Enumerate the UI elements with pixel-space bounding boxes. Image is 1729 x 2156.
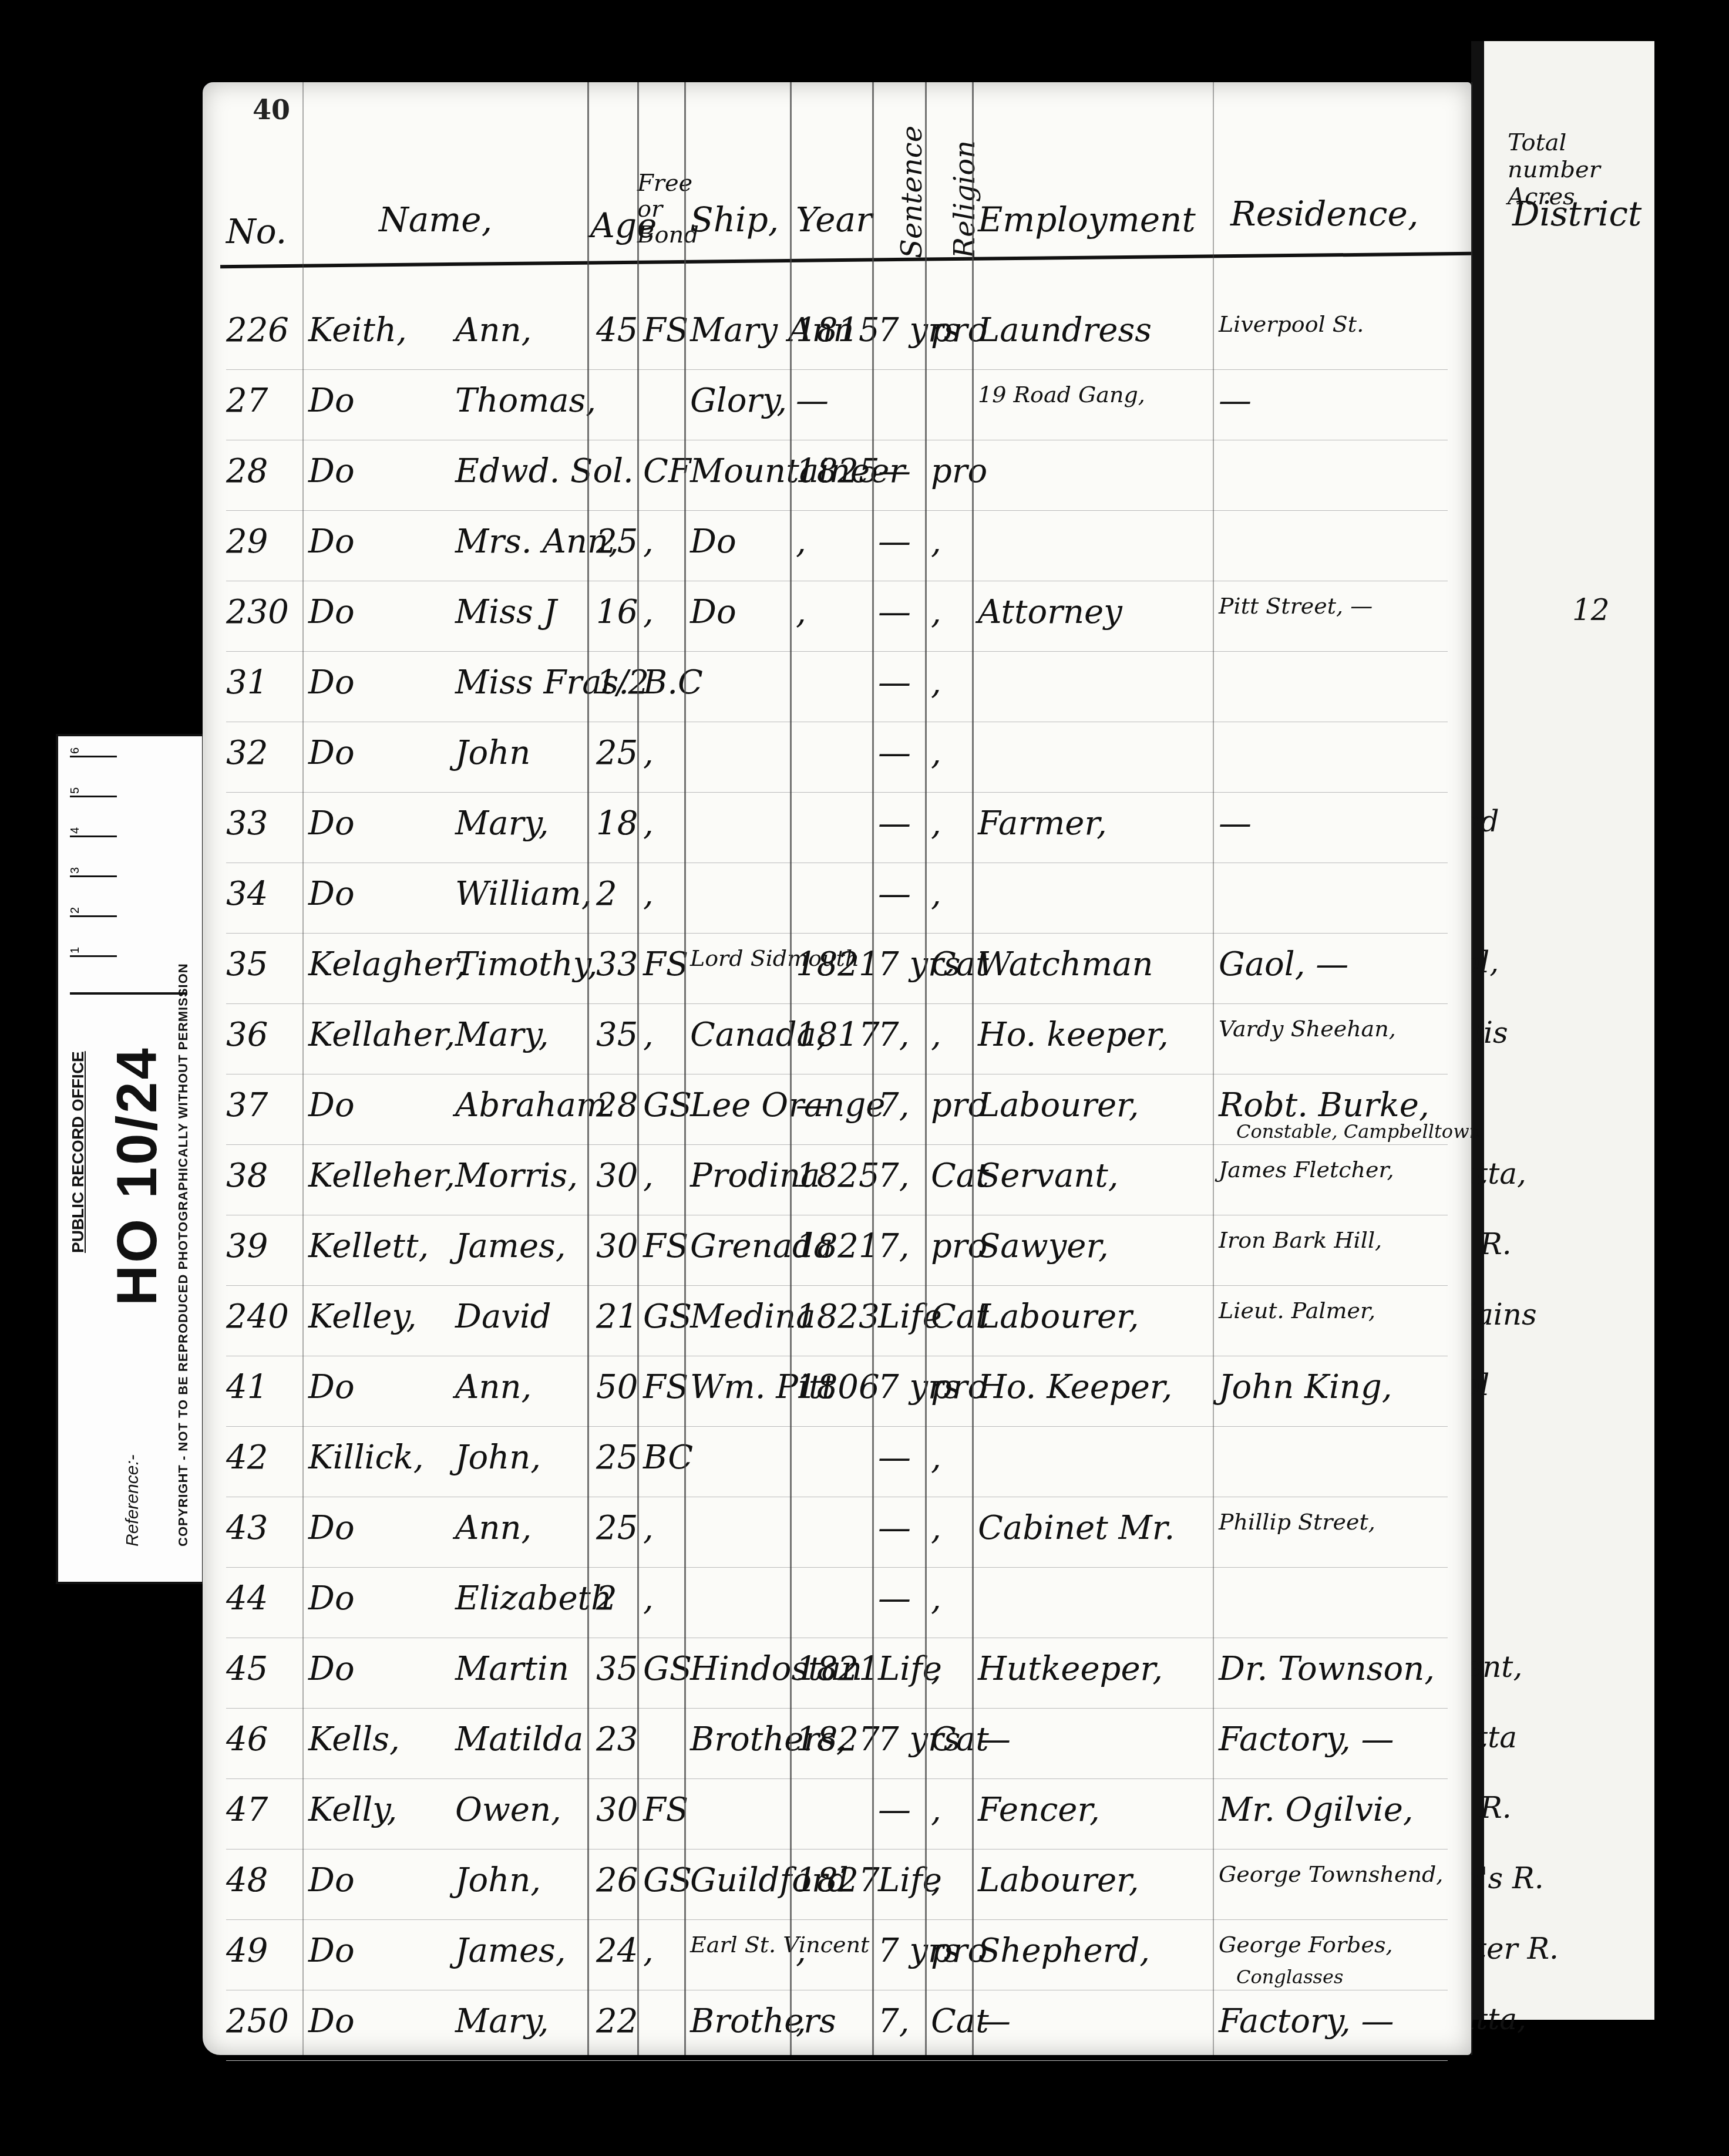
column-header-district: District (1512, 194, 1641, 234)
cell-year: 1821 (796, 1650, 880, 1688)
cell-no: 36 (226, 1016, 268, 1054)
header-rule (220, 252, 1471, 268)
cell-status: , (643, 1579, 654, 1618)
cell-sentence: — (878, 1439, 911, 1477)
cell-employment: Farmer, (978, 804, 1107, 843)
cell-employment: Watchman (978, 945, 1153, 983)
ruler-tick (70, 796, 117, 797)
cell-no: 45 (226, 1650, 268, 1688)
cell-residence: — (1219, 382, 1252, 420)
cell-sentence: — (878, 875, 911, 913)
cell-religion: , (931, 1791, 941, 1829)
cell-status: , (643, 734, 654, 772)
cell-age: 1/2 (596, 663, 649, 702)
cell-employment: Labourer, (978, 1861, 1139, 1899)
cell-age: 35 (596, 1016, 638, 1054)
cell-residence: George Forbes, (1219, 1932, 1393, 1958)
cell-religion: , (931, 1439, 941, 1477)
cell-age: 16 (596, 593, 638, 631)
register-page: 40 No. Name, Age Free or Bond Ship, Year… (203, 82, 1471, 2055)
cell-age: 26 (596, 1861, 638, 1899)
cell-sentence: — (878, 734, 911, 772)
table-row: 42Killick,John,25BC—, (203, 1427, 1471, 1497)
cell-no: 47 (226, 1791, 268, 1829)
table-row: 45DoMartin35GSHindostan1821Life,Hutkeepe… (203, 1638, 1471, 1709)
cell-surname: Killick, (308, 1439, 424, 1477)
column-rule (587, 82, 589, 2055)
table-row: 240Kelley,David21GSMedina1823LifeCatLabo… (203, 1286, 1471, 1356)
cell-year: , (796, 593, 806, 631)
cell-religion: , (931, 1509, 941, 1547)
table-row: 38Kelleher,Morris,30,Prodina18257,CatSer… (203, 1145, 1471, 1215)
cell-residence: Lieut. Palmer, (1219, 1298, 1375, 1323)
cell-age: 23 (596, 1720, 638, 1759)
cell-sentence: — (878, 1509, 911, 1547)
archive-reference-card: PUBLIC RECORD OFFICE Reference:- HO 10/2… (56, 734, 204, 1584)
cell-no: 35 (226, 945, 268, 983)
cell-given: Mary, (455, 804, 549, 843)
cell-residence: Vardy Sheehan, (1219, 1016, 1396, 1042)
cell-residence: Dr. Townson, (1219, 1650, 1435, 1688)
cell-age: 2 (596, 875, 617, 913)
cell-no: 37 (226, 1086, 268, 1124)
cell-sentence: 7, (878, 1227, 909, 1265)
table-row: 49DoJames,24,Earl St. Vincent,7 yrsproSh… (203, 1920, 1471, 1990)
cell-age: 33 (596, 945, 638, 983)
column-header-free-or-bond: Free or Bond (637, 170, 684, 248)
cell-sentence: — (878, 1579, 911, 1618)
cell-ship: Lee Orange (690, 1086, 885, 1124)
cell-year: 1821 (796, 1227, 880, 1265)
cell-given: John, (455, 1861, 541, 1899)
ruler-label: 4 (69, 827, 82, 834)
cell-given: Timothy, (455, 945, 598, 983)
cell-residence-note: Constable, Campbelltown (1236, 1120, 1481, 1143)
cell-residence: Factory, — (1219, 2002, 1394, 2040)
cell-status: FS (643, 1791, 688, 1829)
cell-status: , (643, 1932, 654, 1970)
cell-residence: Robt. Burke, (1219, 1086, 1429, 1124)
cell-no: 29 (226, 523, 268, 561)
cell-given: Mary, (455, 1016, 549, 1054)
column-header-no: No. (226, 211, 287, 251)
folio-mark: 40 (253, 94, 290, 126)
cell-sentence: — (878, 804, 911, 843)
cell-age: 30 (596, 1791, 638, 1829)
cell-year: , (796, 1932, 806, 1970)
cell-given: John, (455, 1439, 541, 1477)
cell-surname: Do (308, 523, 355, 561)
cell-employment: Fencer, (978, 1791, 1100, 1829)
cell-surname: Kellett, (308, 1227, 429, 1265)
cell-surname: Do (308, 1579, 355, 1618)
cell-status: , (643, 804, 654, 843)
cell-employment: — (978, 1720, 1011, 1759)
cell-no: 31 (226, 663, 268, 702)
cell-residence: George Townshend, (1219, 1861, 1443, 1887)
cell-employment: Servant, (978, 1157, 1119, 1195)
cell-residence: John King, (1219, 1368, 1392, 1406)
column-header-name: Name, (379, 200, 492, 240)
cell-surname: Do (308, 734, 355, 772)
cell-status: , (643, 1016, 654, 1054)
cell-given: Morris, (455, 1157, 578, 1195)
column-header-religion: Religion (948, 140, 981, 258)
cell-given: James, (455, 1227, 566, 1265)
cell-no: 250 (226, 2002, 289, 2040)
cell-status: FS (643, 311, 688, 349)
cell-given: Miss J (455, 593, 557, 631)
cell-no: 33 (226, 804, 268, 843)
cell-no: 44 (226, 1579, 268, 1618)
cell-residence: Factory, — (1219, 1720, 1394, 1759)
table-row: 31DoMiss Fras.1/2B.C—, (203, 652, 1471, 722)
cell-given: Owen, (455, 1791, 561, 1829)
table-row: 35Kelagher,Timothy,33FSLord Sidmouth1821… (203, 934, 1471, 1004)
table-row: 41DoAnn,50FSWm. Pitt18067 yrsproHo. Keep… (203, 1356, 1471, 1427)
table-row: 39Kellett,James,30FSGrenada18217,proSawy… (203, 1215, 1471, 1286)
cell-surname: Do (308, 1861, 355, 1899)
cell-given: Mary, (455, 2002, 549, 2040)
ruler-tick (70, 955, 117, 957)
ruler-tick (70, 915, 117, 917)
cell-no: 39 (226, 1227, 268, 1265)
ruler-tick (70, 875, 117, 877)
cell-year: 1823 (796, 1298, 880, 1336)
cell-sentence: — (878, 663, 911, 702)
table-row: 37DoAbraham28GSLee Orange—7,proLabourer,… (203, 1074, 1471, 1145)
cell-given: Mrs. Ann, (455, 523, 619, 561)
table-row: 46Kells,Matilda23Brothers,18277 yrsCat—F… (203, 1709, 1471, 1779)
cell-residence-note: Conglasses (1236, 1966, 1343, 1988)
cell-year: — (796, 1086, 829, 1124)
cell-employment: Labourer, (978, 1086, 1139, 1124)
table-row: 230DoMiss J16,Do,—,AttorneyPitt Street, … (203, 581, 1471, 652)
cell-no: 48 (226, 1861, 268, 1899)
cell-no: 49 (226, 1932, 268, 1970)
cell-age: 25 (596, 523, 638, 561)
cell-status: , (643, 1509, 654, 1547)
cell-age: 24 (596, 1932, 638, 1970)
cell-no: 38 (226, 1157, 268, 1195)
cell-given: John (455, 734, 530, 772)
table-row: 28DoEdwd. Sol.CFMountaineer1825—pro (203, 440, 1471, 511)
column-rule (684, 82, 686, 2055)
cell-no: 240 (226, 1298, 289, 1336)
cell-sentence: — (878, 523, 911, 561)
cell-age: 18 (596, 804, 638, 843)
cell-religion: , (931, 523, 941, 561)
cell-no: 226 (226, 311, 289, 349)
cell-surname: Do (308, 1650, 355, 1688)
cell-no: 27 (226, 382, 268, 420)
cell-given: Matilda (455, 1720, 583, 1759)
column-header-employment: Employment (978, 200, 1196, 240)
cell-no: 42 (226, 1439, 268, 1477)
cell-residence: Iron Bark Hill, (1219, 1227, 1382, 1253)
cell-religion: pro (931, 452, 987, 490)
column-rule (302, 82, 304, 2055)
cell-given: Ann, (455, 311, 532, 349)
column-rule (790, 82, 792, 2055)
cell-surname: Do (308, 593, 355, 631)
cell-residence: Liverpool St. (1219, 311, 1364, 337)
reference-label: Reference:- (123, 1454, 143, 1547)
cell-ship: Earl St. Vincent (690, 1932, 869, 1958)
table-row: 47Kelly,Owen,30FS—,Fencer,Mr. Ogilvie, (203, 1779, 1471, 1850)
table-row: 34DoWilliam,2,—, (203, 863, 1471, 934)
cell-status: FS (643, 945, 688, 983)
cell-surname: Do (308, 2002, 355, 2040)
cell-given: James, (455, 1932, 566, 1970)
table-row: 44DoElizabeth2,—, (203, 1568, 1471, 1638)
cell-sentence: — (878, 1791, 911, 1829)
cell-religion: , (931, 593, 941, 631)
ruler-label: 3 (69, 867, 82, 874)
cell-age: 2 (596, 1579, 617, 1618)
cell-year: , (796, 2002, 806, 2040)
cell-no: 34 (226, 875, 268, 913)
cell-given: Thomas, (455, 382, 596, 420)
cell-ship: Do (690, 523, 736, 561)
table-row: 250DoMary,22Brothers,7,Cat—Factory, — (203, 1990, 1471, 2061)
cell-status: , (643, 875, 654, 913)
cell-acres: 12 (1572, 593, 1610, 627)
cell-year: 1825 (796, 1157, 880, 1195)
cell-employment: Attorney (978, 593, 1122, 631)
cell-status: , (643, 523, 654, 561)
cell-given: William, (455, 875, 592, 913)
cell-surname: Do (308, 452, 355, 490)
cell-residence: — (1219, 804, 1252, 843)
column-header-residence: Residence, (1230, 194, 1418, 234)
cell-sentence: — (878, 452, 911, 490)
table-row: 226Keith,Ann,45FSMary Ann18157 yrsproLau… (203, 299, 1471, 370)
cell-sentence: 7, (878, 1016, 909, 1054)
cell-employment: Ho. Keeper, (978, 1368, 1172, 1406)
column-rule (925, 82, 927, 2055)
cell-age: 22 (596, 2002, 638, 2040)
ruler-label: 2 (69, 907, 82, 914)
cell-religion: , (931, 734, 941, 772)
cell-year: 1825 (796, 452, 880, 490)
cell-surname: Kelleher, (308, 1157, 455, 1195)
reference-code: HO 10/24 (105, 1046, 170, 1306)
cell-employment: Sawyer, (978, 1227, 1109, 1265)
cell-status: FS (643, 1227, 688, 1265)
cell-status: B.C (643, 663, 703, 702)
column-rule (1213, 82, 1214, 2055)
cell-sentence: — (878, 593, 911, 631)
cell-age: 28 (596, 1086, 638, 1124)
table-row: 48DoJohn,26GSGuildford1827Life,Labourer,… (203, 1850, 1471, 1920)
cell-surname: Kells, (308, 1720, 400, 1759)
table-row: 33DoMary,18,—,Farmer,— (203, 793, 1471, 863)
archive-office: PUBLIC RECORD OFFICE (69, 1051, 88, 1253)
cell-residence: Phillip Street, (1219, 1509, 1375, 1535)
cell-year: 1821 (796, 945, 880, 983)
cell-sentence: 7, (878, 2002, 909, 2040)
cell-given: David (455, 1298, 551, 1336)
cell-surname: Do (308, 663, 355, 702)
cell-year: 1806 (796, 1368, 880, 1406)
cell-religion: , (931, 875, 941, 913)
cell-surname: Kelly, (308, 1791, 397, 1829)
column-header-sentence: Sentence (896, 126, 929, 258)
cell-age: 21 (596, 1298, 638, 1336)
table-row: 32DoJohn25,—, (203, 722, 1471, 793)
ruler-tick (70, 836, 117, 837)
cell-year: 1815 (796, 311, 880, 349)
cell-no: 32 (226, 734, 268, 772)
cell-employment: — (978, 2002, 1011, 2040)
cell-employment: Laundress (978, 311, 1152, 349)
cell-residence: Pitt Street, — (1219, 593, 1373, 619)
cell-age: 25 (596, 1509, 638, 1547)
cell-age: 50 (596, 1368, 638, 1406)
column-rule (872, 82, 874, 2055)
cell-ship: Do (690, 593, 736, 631)
cell-surname: Do (308, 1368, 355, 1406)
cell-sentence: 7, (878, 1086, 909, 1124)
table-row: 27DoThomas,Glory,—19 Road Gang,— (203, 370, 1471, 440)
cell-surname: Do (308, 382, 355, 420)
cell-status: , (643, 1157, 654, 1195)
cell-year: 1827 (796, 1720, 880, 1759)
cell-given: Ann, (455, 1509, 532, 1547)
cell-age: 35 (596, 1650, 638, 1688)
cell-age: 25 (596, 734, 638, 772)
copyright-notice: COPYRIGHT - NOT TO BE REPRODUCED PHOTOGR… (176, 963, 191, 1547)
cell-given: Abraham (455, 1086, 607, 1124)
cell-given: Martin (455, 1650, 569, 1688)
cell-no: 230 (226, 593, 289, 631)
ruler-label: 6 (69, 747, 82, 754)
cell-religion: , (931, 1016, 941, 1054)
cell-age: 45 (596, 311, 638, 349)
cell-status: FS (643, 1368, 688, 1406)
cell-employment: Ho. keeper, (978, 1016, 1169, 1054)
cell-employment: Cabinet Mr. (978, 1509, 1175, 1547)
cell-surname: Do (308, 804, 355, 843)
cell-no: 43 (226, 1509, 268, 1547)
cell-surname: Do (308, 1509, 355, 1547)
table-row: 36Kellaher,Mary,35,Canada,18177,,Ho. kee… (203, 1004, 1471, 1074)
cell-no: 41 (226, 1368, 268, 1406)
cell-surname: Kelagher, (308, 945, 466, 983)
cell-year: 1827 (796, 1861, 880, 1899)
cell-religion: , (931, 1861, 941, 1899)
ruler-label: 5 (69, 787, 82, 794)
cell-surname: Do (308, 1086, 355, 1124)
cell-employment: Labourer, (978, 1298, 1139, 1336)
cell-surname: Kellaher, (308, 1016, 455, 1054)
cell-surname: Kelley, (308, 1298, 416, 1336)
cell-religion: , (931, 1579, 941, 1618)
column-header-ship: Ship, (690, 200, 779, 240)
column-rule (972, 82, 974, 2055)
cell-status: , (643, 593, 654, 631)
cell-religion: , (931, 804, 941, 843)
cell-employment: Shepherd, (978, 1932, 1150, 1970)
cell-given: Ann, (455, 1368, 532, 1406)
cell-residence: Mr. Ogilvie, (1219, 1791, 1414, 1829)
cell-residence: Gaol, — (1219, 945, 1348, 983)
column-rule (637, 82, 639, 2055)
cell-employment: Hutkeeper, (978, 1650, 1163, 1688)
cell-ship: Brothers (690, 2002, 836, 2040)
ruler-label: 1 (69, 947, 82, 954)
cell-ship: Glory, (690, 382, 787, 420)
cell-no: 46 (226, 1720, 268, 1759)
facing-page: Total number Acres Sydney,Sydney,12Richm… (1471, 41, 1654, 2020)
cell-surname: Keith, (308, 311, 407, 349)
cell-given: Edwd. Sol. (455, 452, 634, 490)
scale-ruler: 123456 (70, 746, 187, 995)
table-row: 43DoAnn,25,—,Cabinet Mr.Phillip Street, (203, 1497, 1471, 1568)
cell-religion: , (931, 663, 941, 702)
cell-residence: James Fletcher, (1219, 1157, 1394, 1183)
cell-age: 30 (596, 1227, 638, 1265)
ruler-tick (70, 756, 117, 757)
column-rule (1471, 82, 1472, 2055)
table-row: 29DoMrs. Ann,25,Do,—, (203, 511, 1471, 581)
cell-surname: Do (308, 1932, 355, 1970)
cell-no: 28 (226, 452, 268, 490)
cell-sentence: 7, (878, 1157, 909, 1195)
row-rule (226, 2060, 1448, 2061)
cell-religion: , (931, 1650, 941, 1688)
cell-year: 1817 (796, 1016, 880, 1054)
cell-age: 30 (596, 1157, 638, 1195)
cell-employment: 19 Road Gang, (978, 382, 1145, 407)
cell-year: — (796, 382, 829, 420)
column-header-year: Year (796, 200, 872, 240)
cell-age: 25 (596, 1439, 638, 1477)
cell-year: , (796, 523, 806, 561)
cell-surname: Do (308, 875, 355, 913)
